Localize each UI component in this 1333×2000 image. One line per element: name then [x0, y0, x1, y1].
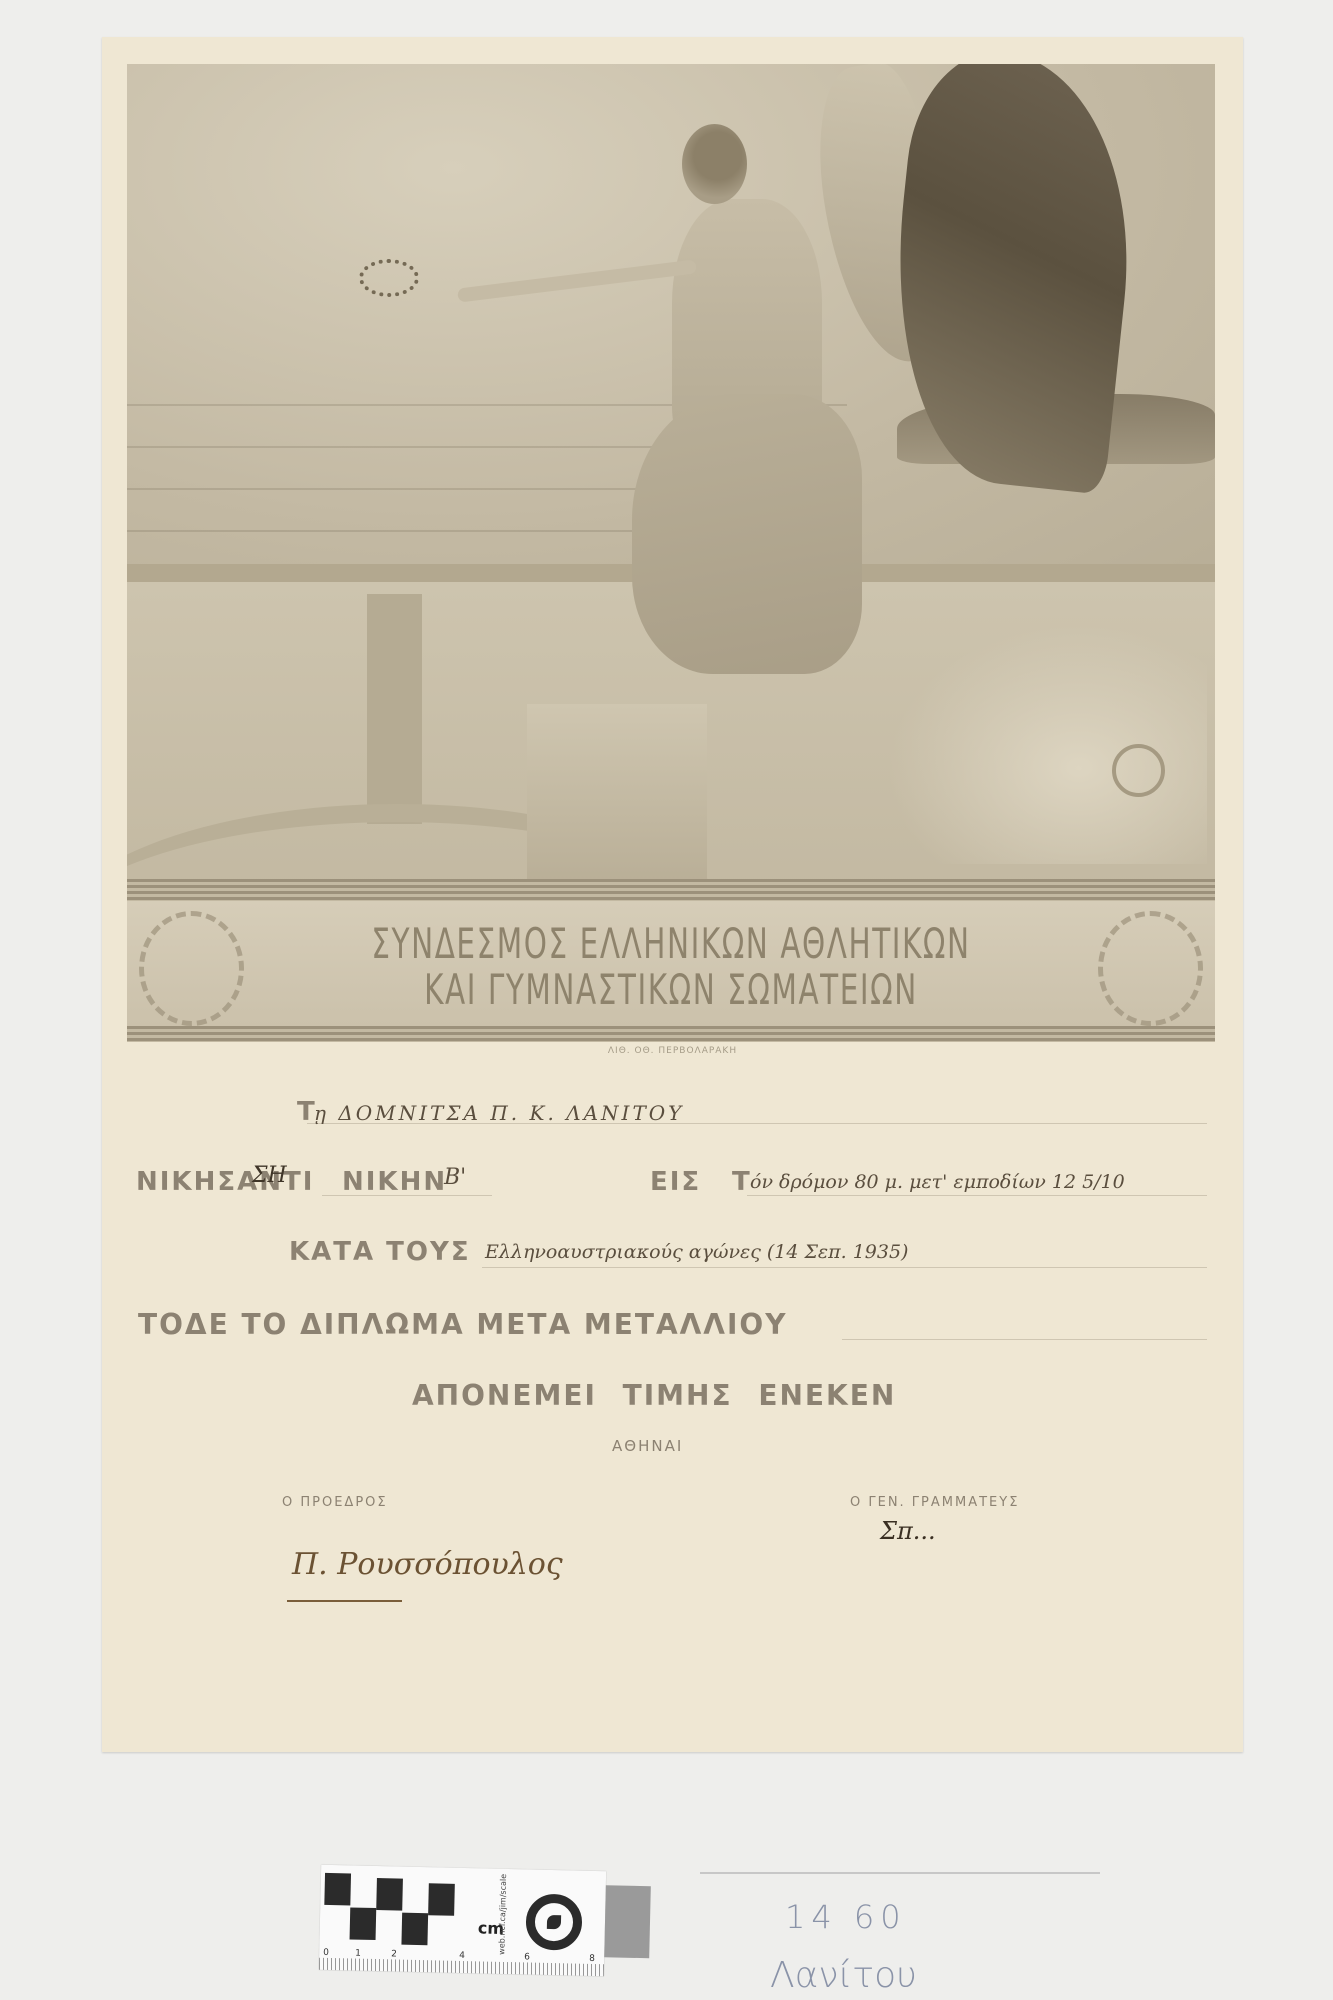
placement: Β' — [444, 1165, 466, 1190]
scale-square — [376, 1878, 403, 1911]
scale-square — [428, 1883, 455, 1916]
president-signature-underline — [287, 1600, 402, 1602]
inscription-line-1: ΣΥΝΔΕΣΜΟΣ ΕΛΛΗΝΙΚΩΝ ΑΘΛΗΤΙΚΩΝ — [247, 921, 1096, 967]
chariot-relief — [887, 624, 1207, 864]
fill-line-3 — [482, 1267, 1207, 1268]
printed-diploma-medal: ΤΟΔΕ ΤΟ ΔΙΠΛΩΜΑ ΜΕΤΑ ΜΕΤΑΛΛΙΟΥ — [138, 1308, 787, 1341]
competition-name: Ελληνοαυστριακούς αγώνες (14 Σεπ. 1935) — [485, 1241, 908, 1263]
inscription-line-2: ΚΑΙ ΓΥΜΝΑΣΤΙΚΩΝ ΣΩΜΑΤΕΙΩΝ — [247, 967, 1096, 1013]
scale-square — [401, 1913, 428, 1946]
fill-line-2b — [747, 1195, 1207, 1196]
recipient-name: ῃ ΔΟΜΝΙΤΣΑ Π. Κ. ΛΑΝΙΤΟΥ — [314, 1101, 684, 1125]
frieze-molding-top — [127, 879, 1215, 901]
inventory-number: 14 60 — [785, 1898, 907, 1936]
president-signature: Π. Ρουσσόπουλος — [292, 1547, 563, 1582]
scale-square — [350, 1907, 377, 1940]
laurel-wreath-right-icon — [1098, 911, 1203, 1026]
printed-t: Τ — [732, 1167, 752, 1197]
printed-niken: ΝΙΚΗΝ — [342, 1167, 447, 1197]
inscription-frieze: ΣΥΝΔΕΣΜΟΣ ΕΛΛΗΝΙΚΩΝ ΑΘΛΗΤΙΚΩΝ ΚΑΙ ΓΥΜΝΑΣ… — [127, 879, 1215, 1042]
scale-url: web.ncf.ca/jim/scale — [497, 1874, 508, 1955]
printed-awarded-honour: ΑΠΟΝΕΜΕΙ ΤΙΜΗΣ ΕΝΕΚΕΝ — [412, 1379, 896, 1412]
laurel-wreath-icon — [359, 259, 419, 297]
scale-square — [324, 1873, 351, 1906]
president-label: Ο ΠΡΟΕΔΡΟΣ — [282, 1495, 388, 1510]
secretary-signature: Σπ... — [880, 1517, 936, 1545]
scale-numbers: 0 1 2 4 6 8 — [321, 1865, 606, 1871]
color-scale-bar: cm web.ncf.ca/jim/scale 0 1 2 4 6 8 — [319, 1865, 606, 1976]
grey-patch — [604, 1885, 651, 1958]
lithograph-illustration: ΣΥΝΔΕΣΜΟΣ ΕΛΛΗΝΙΚΩΝ ΑΘΛΗΤΙΚΩΝ ΚΑΙ ΓΥΜΝΑΣ… — [127, 64, 1215, 1042]
registration-target-icon — [525, 1893, 582, 1950]
event-description: όν δρόμον 80 μ. μετ' εμποδίων 12 5/10 — [750, 1171, 1125, 1193]
secretary-label: Ο ΓΕΝ. ΓΡΑΜΜΑΤΕΥΣ — [850, 1495, 1019, 1510]
diploma-paper: ΣΥΝΔΕΣΜΟΣ ΕΛΛΗΝΙΚΩΝ ΑΘΛΗΤΙΚΩΝ ΚΑΙ ΓΥΜΝΑΣ… — [102, 37, 1243, 1752]
gender-correction: ΣΗ — [252, 1163, 287, 1188]
printed-kata-tous: ΚΑΤΑ ΤΟΥΣ — [289, 1237, 471, 1267]
nike-head — [682, 124, 747, 204]
stone-pillar — [367, 594, 422, 824]
inventory-name: Λανίτου — [770, 1955, 917, 1996]
mount-divider-line — [700, 1872, 1100, 1874]
laurel-wreath-left-icon — [139, 911, 244, 1026]
printed-nikisanti: ΝΙΚΗΣΑΝΤΙ — [136, 1167, 314, 1197]
frieze-inscription: ΣΥΝΔΕΣΜΟΣ ΕΛΛΗΝΙΚΩΝ ΑΘΛΗΤΙΚΩΝ ΚΑΙ ΓΥΜΝΑΣ… — [247, 921, 1096, 1013]
chariot-wheel-icon — [1112, 744, 1165, 797]
frieze-molding-bottom — [127, 1026, 1215, 1042]
nike-robe — [632, 394, 862, 674]
printed-eis: ΕΙΣ — [650, 1167, 701, 1197]
fill-line-4 — [842, 1339, 1207, 1340]
printer-credit: ΛΙΘ. ΟΘ. ΠΕΡΒΟΛΑΡΑΚΗ — [102, 1046, 1243, 1056]
place-athens: ΑΘΗΝΑΙ — [612, 1437, 683, 1455]
